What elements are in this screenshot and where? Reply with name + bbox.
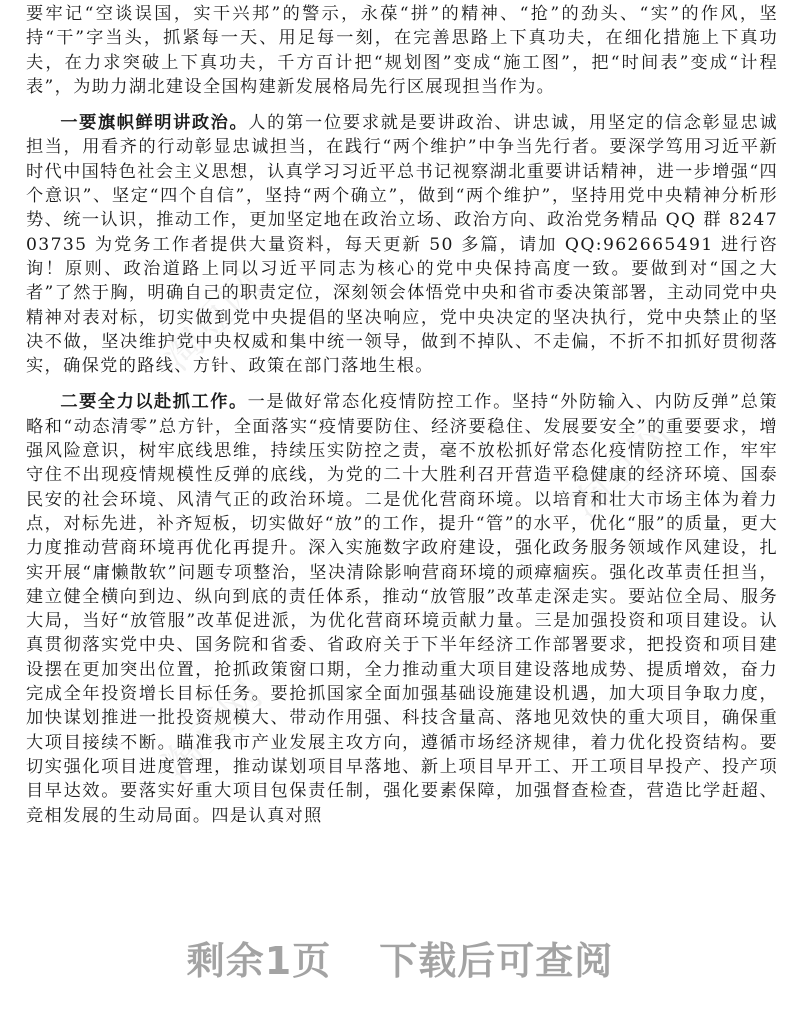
remaining-pages-label: 剩余1页: [187, 939, 331, 983]
paragraph-work: 二要全力以赴抓工作。一是做好常态化疫情防控工作。坚持“外防输入、内防反弹”总策略…: [26, 390, 778, 827]
download-prompt-banner[interactable]: 剩余1页下载后可查阅: [0, 930, 800, 985]
document-body: 要牢记“空谈误国，实干兴邦”的警示，永葆“拼”的精神、“抢”的劲头、“实”的作风…: [26, 2, 778, 828]
paragraph-politics: 一要旗帜鲜明讲政治。人的第一位要求就是要讲政治、讲忠诚，用坚定的信念彰显忠诚担当…: [26, 111, 778, 378]
paragraph-intro-continuation: 要牢记“空谈误国，实干兴邦”的警示，永葆“拼”的精神、“抢”的劲头、“实”的作风…: [26, 2, 778, 99]
paragraph-heading: 一要旗帜鲜明讲政治。: [60, 113, 248, 133]
paragraph-text: 一是做好常态化疫情防控工作。坚持“外防输入、内防反弹”总策略和“动态清零”总方针…: [26, 392, 778, 825]
paragraph-text: 要牢记“空谈误国，实干兴邦”的警示，永葆“拼”的精神、“抢”的劲头、“实”的作风…: [26, 4, 778, 97]
download-to-view-label: 下载后可查阅: [379, 939, 613, 983]
paragraph-heading: 二要全力以赴抓工作。: [60, 392, 247, 412]
document-page: 淘豆网 淘豆网 淘豆网 要牢记“空谈误国，实干兴邦”的警示，永葆“拼”的精神、“…: [0, 0, 800, 1034]
paragraph-text: 人的第一位要求就是要讲政治、讲忠诚，用坚定的信念彰显忠诚担当，用看齐的行动彰显忠…: [26, 113, 778, 376]
